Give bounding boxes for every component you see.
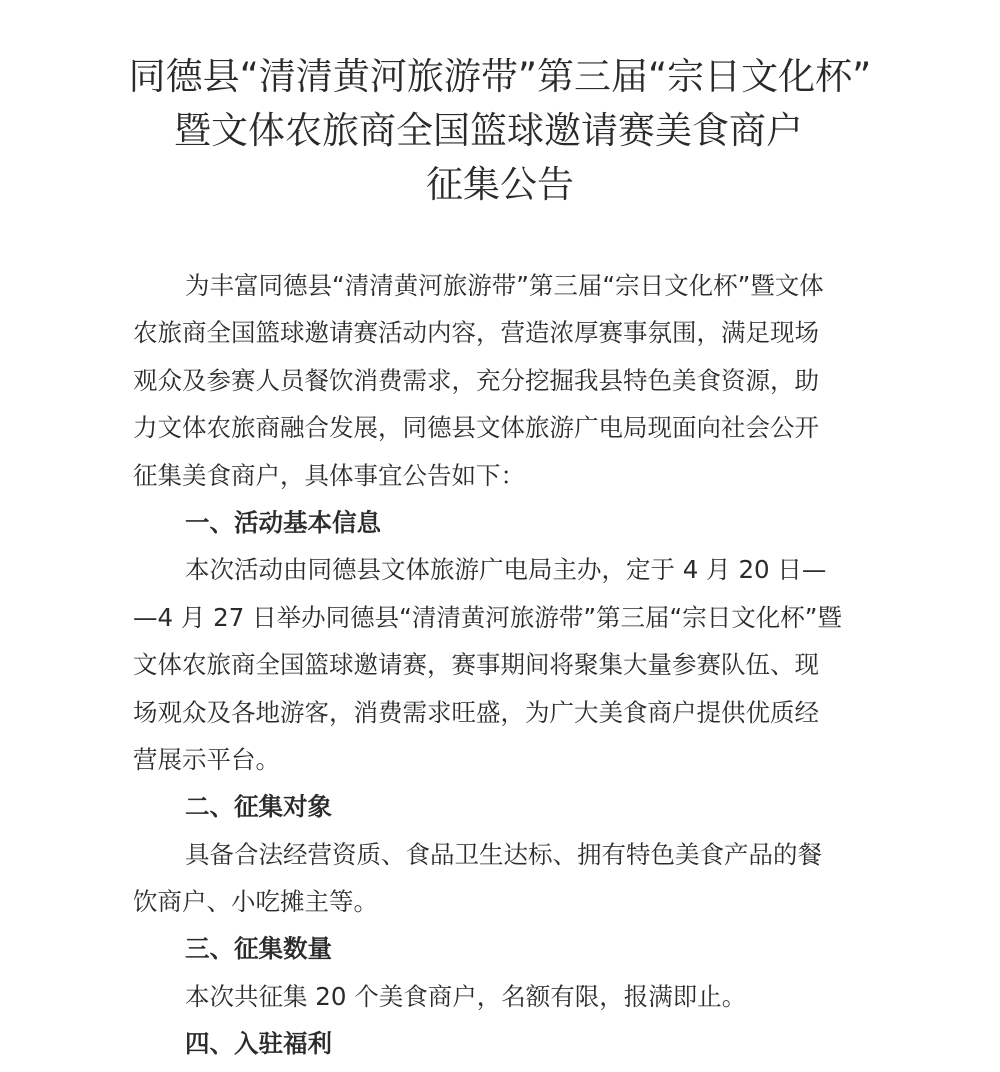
paragraph-line: 为丰富同德县“清清黄河旅游带”第三届“宗日文化杯”暨文体 <box>133 262 883 309</box>
paragraph-line: 文体农旅商全国篮球邀请赛，赛事期间将聚集大量参赛队伍、现 <box>133 641 883 688</box>
section-heading: 四、入驻福利 <box>133 1020 883 1067</box>
paragraph-line: 观众及参赛人员餐饮消费需求，充分挖掘我县特色美食资源，助 <box>133 357 883 404</box>
title-line-2: 暨文体农旅商全国篮球邀请赛美食商户 <box>0 104 1000 158</box>
paragraph-line: 征集美食商户，具体事宜公告如下： <box>133 452 883 499</box>
paragraph-line: 本次活动由同德县文体旅游广电局主办，定于 4 月 20 日— <box>133 546 883 593</box>
paragraph-line: 本次共征集 20 个美食商户，名额有限，报满即止。 <box>133 973 883 1020</box>
paragraph-line: 具备合法经营资质、食品卫生达标、拥有特色美食产品的餐 <box>133 831 883 878</box>
section-heading: 一、活动基本信息 <box>133 499 883 546</box>
intro-paragraph: 为丰富同德县“清清黄河旅游带”第三届“宗日文化杯”暨文体 农旅商全国篮球邀请赛活… <box>133 262 883 499</box>
paragraph-line: 农旅商全国篮球邀请赛活动内容，营造浓厚赛事氛围，满足现场 <box>133 309 883 356</box>
title-line-3: 征集公告 <box>0 158 1000 212</box>
section-benefits: 四、入驻福利 <box>133 1020 883 1067</box>
paragraph-line: —4 月 27 日举办同德县“清清黄河旅游带”第三届“宗日文化杯”暨 <box>133 594 883 641</box>
paragraph-line: 场观众及各地游客，消费需求旺盛，为广大美食商户提供优质经 <box>133 689 883 736</box>
paragraph-line: 营展示平台。 <box>133 736 883 783</box>
section-heading: 三、征集数量 <box>133 925 883 972</box>
document-body: 为丰富同德县“清清黄河旅游带”第三届“宗日文化杯”暨文体 农旅商全国篮球邀请赛活… <box>133 262 883 1068</box>
title-line-1: 同德县“清清黄河旅游带”第三届“宗日文化杯” <box>0 50 1000 104</box>
paragraph-line: 饮商户、小吃摊主等。 <box>133 878 883 925</box>
section-quantity: 三、征集数量 本次共征集 20 个美食商户，名额有限，报满即止。 <box>133 925 883 1020</box>
section-heading: 二、征集对象 <box>133 783 883 830</box>
document-title: 同德县“清清黄河旅游带”第三届“宗日文化杯” 暨文体农旅商全国篮球邀请赛美食商户… <box>0 50 1000 212</box>
section-target: 二、征集对象 具备合法经营资质、食品卫生达标、拥有特色美食产品的餐 饮商户、小吃… <box>133 783 883 925</box>
paragraph-line: 力文体农旅商融合发展，同德县文体旅游广电局现面向社会公开 <box>133 404 883 451</box>
section-activity-info: 一、活动基本信息 本次活动由同德县文体旅游广电局主办，定于 4 月 20 日— … <box>133 499 883 783</box>
